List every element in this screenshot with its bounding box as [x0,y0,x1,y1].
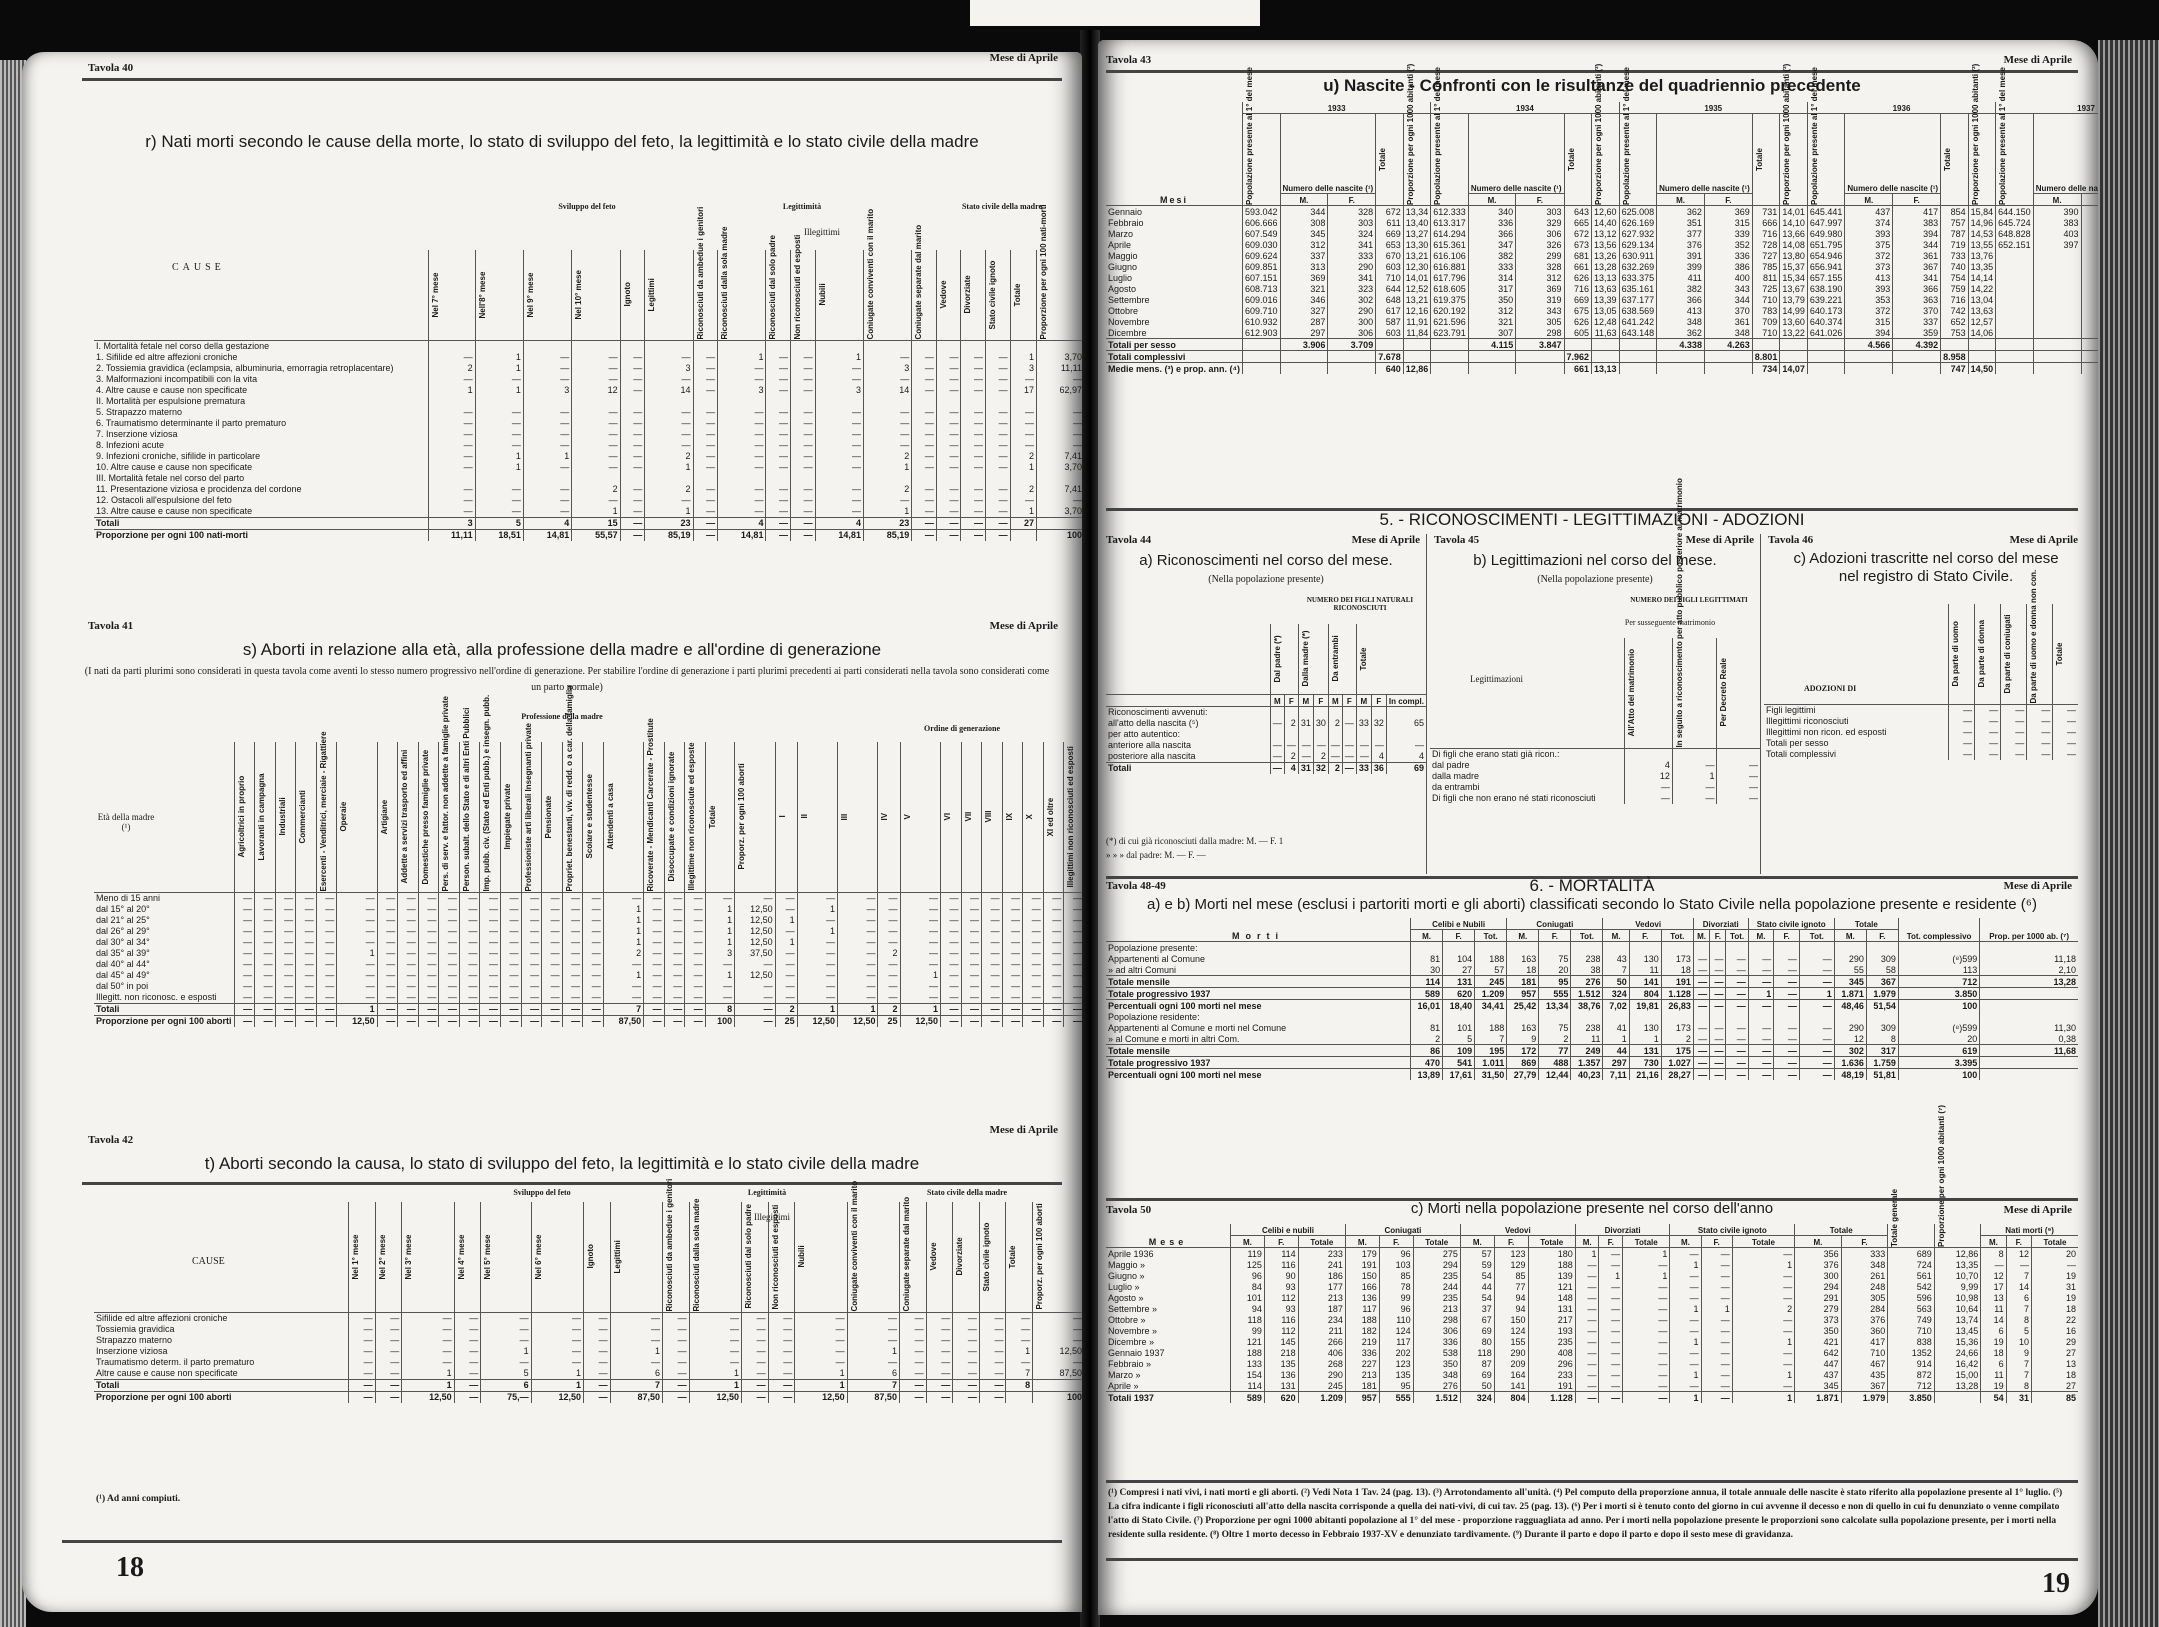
table-cell: — [275,937,296,948]
table-cell [1242,339,1280,351]
table-cell [1780,339,1808,351]
table-cell [1657,351,1705,363]
table-cell: 87,50 [603,1015,643,1027]
table-cell: 279 [1795,1303,1842,1314]
table-cell: — [1575,1347,1599,1358]
table-cell: — [2027,749,2053,760]
table-cell: 85 [2031,1392,2078,1404]
table-cell: 136 [1264,1369,1298,1380]
table-cell [1980,942,2078,954]
table-cell: — [1710,953,1726,964]
table-cell: — [685,904,706,915]
col-header: Totale [1752,114,1780,206]
right-page-footnotes: (¹) Compresi i nati vivi, i nati morti e… [1108,1486,2074,1542]
table-cell: — [741,1346,768,1357]
table-cell: — [1006,1357,1033,1368]
table-cell: 13,56 [1592,239,1620,250]
col-label: Legittimi [613,1202,622,1312]
table-cell: — [1774,964,1800,976]
col-header: Propriet. benestanti, viv. di redd. o a … [562,742,583,892]
table-cell: 538 [1413,1347,1460,1358]
col-label: Proporzione per ogni 100 nati-morti [1039,250,1048,340]
table-cell: — [375,1312,402,1324]
table-cell: 124 [1379,1325,1413,1336]
table-cell: — [398,981,419,992]
table-cell: — [768,1391,795,1403]
table-cell: 563 [1888,1303,1935,1314]
table-cell: — [398,948,419,959]
table-cell [1539,942,1571,954]
table-cell: — [475,506,523,518]
table-cell: — [1010,495,1036,506]
table-cell: 1.027 [1661,1057,1693,1069]
table-cell: — [349,1335,376,1346]
table-cell: 400 [1704,272,1752,283]
table-cell: — [1023,1015,1044,1027]
row-label: 2. Tossiemia gravidica (eclampsia, album… [94,363,429,374]
table-cell [1313,706,1328,718]
table-cell: — [1064,937,1082,948]
table-cell: — [685,892,706,904]
col-header-m: M. [1468,194,1515,206]
table-cell: — [735,992,775,1004]
col-label: Nel 2° mese [378,1202,387,1312]
table-cell: 470 [1411,1057,1443,1069]
table-cell: — [531,1357,583,1368]
col-header: Totale [1941,114,1969,206]
table-cell: — [768,1379,795,1391]
table-cell: — [982,915,1003,926]
table-cell: — [961,429,986,440]
table-cell: 10,98 [1934,1292,1981,1303]
table-cell: — [899,1391,926,1403]
table-cell: — [255,992,276,1004]
table-cell [1507,1011,1539,1022]
col-header: I [775,742,797,892]
table-cell: — [439,992,460,1004]
table-cell: — [1710,1000,1726,1012]
table-cell: — [375,1346,402,1357]
table-cell: — [1623,1392,1670,1404]
table-cell: — [815,440,863,451]
table-cell: — [1949,738,1975,749]
table-cell: — [1023,904,1044,915]
col-header-sub: F. [1866,930,1898,942]
table-cell: — [316,959,337,970]
col-header: Non riconosciuti ed esposti [791,250,816,340]
table-cell: — [583,981,604,992]
table-cell: — [926,1379,953,1391]
col-label: XI ed oltre [1046,742,1055,892]
table-cell: — [791,440,816,451]
table-cell: 180 [1528,1248,1575,1260]
table-cell: — [316,892,337,904]
col-label: Totale [1008,1202,1017,1312]
table-cell: — [689,1324,741,1335]
table-cell: 689 [1888,1248,1935,1260]
table-cell: — [664,970,685,981]
table-cell: — [500,948,521,959]
table-cell: — [316,926,337,937]
table-cell: — [1002,981,1023,992]
table-cell: — [337,892,377,904]
table-cell: — [718,484,766,495]
table-cell: 31,50 [1475,1069,1507,1081]
table-cell: 141 [1494,1380,1528,1392]
table-cell: 16,42 [1934,1358,1981,1369]
col-header: Vedove [936,250,961,340]
table-cell: 672 [1376,206,1404,218]
table-cell: 345 [1795,1380,1842,1392]
table-cell [1603,1011,1629,1022]
table-cell: — [234,970,255,981]
table-row: dal 30° al 34°—————————————————1———112,5… [94,937,1082,948]
table-cell: 8 [1866,1033,1898,1045]
tavola-43-table: Mesi 19331934193519361937 Popolazione pr… [1106,102,2098,374]
table-cell: — [979,1312,1006,1324]
table-cell: — [584,1379,611,1391]
table-row: 11. Presentazione viziosa e procidenza d… [94,484,1082,495]
table-cell: 1 [1732,1392,1794,1404]
table-cell: — [982,1015,1003,1027]
table-cell: 11,11 [429,529,476,541]
col-label: Totale [1359,624,1368,694]
table-cell: 605 [1564,327,1592,339]
table-cell: 317 [1468,283,1515,294]
table-cell: 367 [1866,976,1898,988]
table-cell: — [542,970,563,981]
table-cell: — [693,440,718,451]
table-cell: — [275,948,296,959]
table-cell: 337 [1893,316,1941,327]
table-cell: 188 [1475,1022,1507,1033]
row-label: Totali per sesso [1764,738,1949,749]
table-cell: 234 [1298,1314,1345,1325]
col-header: Dal padre (*) [1270,624,1298,694]
table-row: Totali35415—23—4——423————27 [94,517,1082,529]
table-cell: — [766,462,791,473]
table-cell: 1 [1799,988,1834,1000]
table-cell: — [542,915,563,926]
table-cell [2081,283,2098,294]
table-cell: 217 [1528,1314,1575,1325]
table-cell: — [523,363,571,374]
table-cell: 710 [1376,272,1404,283]
table-row: Totali—431322—333669 [1106,762,1426,774]
table-cell: 2 [1411,1033,1443,1045]
table-cell: 727 [1752,250,1780,261]
tavola-46-label: Tavola 46 [1768,534,1813,546]
table-cell: 3.395 [1898,1057,1979,1069]
table-cell: — [523,374,571,385]
table-cell: 173 [1661,1022,1693,1033]
table-cell: — [1064,915,1082,926]
table-cell: 187 [1298,1303,1345,1314]
table-cell: — [439,959,460,970]
table-cell [791,396,816,407]
table-cell: — [275,1015,296,1027]
table-cell: — [1748,1045,1774,1057]
table-cell: 7 [2006,1369,2031,1380]
table-cell: 2 [572,484,620,495]
table-cell: — [936,529,961,541]
table-cell: 0,38 [1980,1033,2078,1045]
col-header-f: F. [1893,194,1941,206]
table-cell [1356,706,1371,718]
table-cell: — [337,970,377,981]
table-cell: — [693,385,718,396]
table-cell: 33 [1356,718,1371,729]
table-cell: — [523,484,571,495]
table-cell: — [439,981,460,992]
table-cell: 7.678 [1376,351,1404,363]
table-cell: — [899,1335,926,1346]
table-cell: 13,67 [1780,283,1808,294]
table-row: dal 21° al 25°—————————————————1———112,5… [94,915,1082,926]
table-cell: 1 [1670,1369,1701,1380]
table-cell: — [2053,738,2078,749]
table-cell: 363 [1893,294,1941,305]
table-cell: — [610,1324,662,1335]
col-header: Totale [1356,624,1426,694]
table-cell: 284 [1841,1303,1888,1314]
table-cell: 1352 [1888,1347,1935,1358]
row-label: Totali [94,1003,234,1015]
table-cell: — [429,506,476,518]
table-cell: 4 [1284,762,1298,774]
table-cell: — [429,374,476,385]
table-cell: — [349,1312,376,1324]
table-row: Illegitt. non riconosc. e esposti———————… [94,992,1082,1004]
table-cell: 731 [1752,206,1780,218]
table-cell: 2 [603,948,643,959]
col-label: Illegittime non riconosciute ed esposte [687,742,696,892]
table-cell: — [815,451,863,462]
table-cell: — [899,1357,926,1368]
table-cell: 854 [1941,206,1969,218]
group-header: Divorziati [1575,1224,1670,1236]
table-cell: — [685,915,706,926]
row-label: Illegittimi riconosciuti [1764,716,1949,727]
table-cell [1866,942,1898,954]
col-header: Nel 2° mese [375,1202,402,1312]
table-cell: 13,30 [1403,239,1431,250]
table-cell: 609.851 [1242,261,1280,272]
table-cell: — [1064,1003,1082,1015]
col-header-eta [94,742,234,892]
tavola-46-header-row: Da parte di uomoDa parte di donnaDa part… [1764,604,2078,704]
table-cell: — [1748,1069,1774,1081]
row-label: 3. Malformazioni incompatibili con la vi… [94,374,429,385]
col-header-sub: F. [1379,1236,1413,1248]
tavola-45-header-row: All'Atto del matrimonioIn seguito a rico… [1430,638,1760,748]
table-cell: — [1670,1314,1701,1325]
tavola-45-panel: Tavola 45 Mese di Aprile b) Legittimazio… [1430,534,1761,874]
table-cell: 13,28 [1934,1380,1981,1392]
table-cell: 399 [1657,261,1705,272]
col-header-sex: F [1284,694,1298,706]
row-label: Settembre » [1106,1303,1231,1314]
tavola-41-group-professione: Professione della madre [362,712,762,721]
col-header-sex: F [1342,694,1356,706]
table-cell: — [878,937,900,948]
table-cell: — [775,948,797,959]
table-cell: — [481,1312,531,1324]
table-cell [1672,748,1717,760]
table-cell: 609.624 [1242,250,1280,261]
table-cell: 409 [2081,228,2098,239]
row-label: 8. Infezioni acute [94,440,429,451]
table-cell: — [791,495,816,506]
row-label: Ottobre [1106,305,1242,316]
col-header: Non riconosciuti ed esposti [768,1202,795,1312]
table-cell: — [1064,892,1082,904]
table-cell: 85 [1379,1270,1413,1281]
table-cell: — [542,926,563,937]
table-cell: — [953,1357,980,1368]
table-cell: 369 [1280,272,1328,283]
table-cell: 1 [705,970,734,981]
col-header-sub: Totale [1623,1236,1670,1248]
table-cell: 100 [1036,529,1082,541]
table-cell: — [961,484,986,495]
col-header-sub: F. [1264,1236,1298,1248]
table-cell: — [542,981,563,992]
table-cell [1893,363,1941,375]
col-header-sub: M. [1231,1236,1265,1248]
table-cell: 95 [1539,976,1571,988]
table-cell: — [1043,915,1064,926]
table-cell: 308 [1280,217,1328,228]
table-cell: 787 [1941,228,1969,239]
table-cell [1748,942,1774,954]
table-cell: — [1774,1033,1800,1045]
table-cell: — [766,451,791,462]
table-cell [1693,1011,1709,1022]
table-cell: — [718,363,766,374]
table-cell: 275 [1413,1248,1460,1260]
table-cell [2081,305,2098,316]
col-header-sub: M. [1834,930,1866,942]
table-cell: 18 [1661,964,1693,976]
table-cell: 1 [863,462,911,473]
table-cell: 656.941 [1807,261,1845,272]
table-cell: — [768,1312,795,1324]
tavola-46-table: Da parte di uomoDa parte di donnaDa part… [1764,604,2078,760]
table-cell: — [418,948,439,959]
table-cell [1629,942,1661,954]
row-label: dal 15° al 20° [94,904,234,915]
table-cell: — [418,926,439,937]
table-cell: 1 [1010,462,1036,473]
table-cell: — [562,1015,583,1027]
tavola-46-title: c) Adozioni trascritte nel corso del mes… [1784,550,2068,586]
table-cell: 25 [878,1015,900,1027]
col-header: Lavoranti in campagna [255,742,276,892]
table-cell: — [979,1391,1006,1403]
table-row: Settembre »9493187117962133794131———1122… [1106,1303,2078,1314]
table-cell: 14,81 [718,529,766,541]
tavola-40-title: r) Nati morti secondo le cause della mor… [62,132,1062,152]
table-cell: — [961,495,986,506]
table-row: dal 50° in poi——————————————————————————… [94,981,1082,992]
table-cell: — [685,981,706,992]
table-cell: 19 [2031,1270,2078,1281]
table-row: Aprile 193611911423317996275571231801—1—… [1106,1248,2078,1260]
table-cell: 1 [1010,352,1036,363]
table-cell: — [377,970,398,981]
col-header: Totale [705,742,734,892]
col-label: Proporzione per ogni 1000 abitanti (²) [1971,114,1980,205]
table-cell: 6 [847,1368,899,1380]
table-cell: 7 [847,1379,899,1391]
table-cell: — [1670,1281,1701,1292]
col-header: Da parte di uomo [1949,604,1975,704]
table-cell: 2 [878,1003,900,1015]
table-cell [1968,339,1996,351]
table-cell: — [693,451,718,462]
col-header: Proporzione per ogni 1000 abitanti (²) [1403,114,1431,206]
table-cell: 14,81 [815,529,863,541]
table-cell [815,396,863,407]
table-cell: 740 [1941,261,1969,272]
col-label: Legittimi [647,250,656,340]
table-cell: — [337,992,377,1004]
table-cell: 336 [1345,1347,1379,1358]
col-header: Da parte di donna [1975,604,2001,704]
table-cell: — [847,1357,899,1368]
table-cell [1996,250,2034,261]
table-cell: 297 [1603,1057,1629,1069]
table-cell: — [375,1391,402,1403]
table-cell: 12,50 [1033,1346,1082,1357]
table-cell: 417 [1841,1336,1888,1347]
table-cell: 1 [795,1368,847,1380]
table-cell: — [1701,1259,1732,1270]
table-cell: 290 [1834,953,1866,964]
table-cell [1661,1011,1693,1022]
table-cell: — [982,904,1003,915]
table-cell [936,473,961,484]
table-cell: 366 [1657,294,1705,305]
table-cell: 2 [1328,762,1342,774]
tavola-45-month: Mese di Aprile [1686,534,1754,546]
table-row: » al Comune e morti in altri Com.2579211… [1106,1033,2078,1045]
table-cell: — [429,451,476,462]
table-cell: — [439,892,460,904]
table-cell [1571,1011,1603,1022]
table-cell: — [234,915,255,926]
table-cell: — [2027,716,2053,727]
table-cell: 13,79 [1780,294,1808,305]
col-label: Artigiane [380,742,389,892]
table-cell [1443,1011,1475,1022]
table-cell [1752,339,1780,351]
table-cell: 629.134 [1619,239,1657,250]
table-cell: 351 [1657,217,1705,228]
row-label: Traumatismo determ. il parto prematuro [94,1357,349,1368]
table-cell: 312 [1468,305,1515,316]
col-header: Popolazione presente al 1° del mese [1242,114,1280,206]
table-cell: — [620,385,645,396]
table-cell: — [521,992,542,1004]
table-cell: — [815,407,863,418]
table-cell: 1 [475,451,523,462]
table-cell: — [718,407,766,418]
table-cell: 18 [1981,1347,2006,1358]
table-cell: — [982,959,1003,970]
group-header: Celibi e Nubili [1411,918,1507,930]
